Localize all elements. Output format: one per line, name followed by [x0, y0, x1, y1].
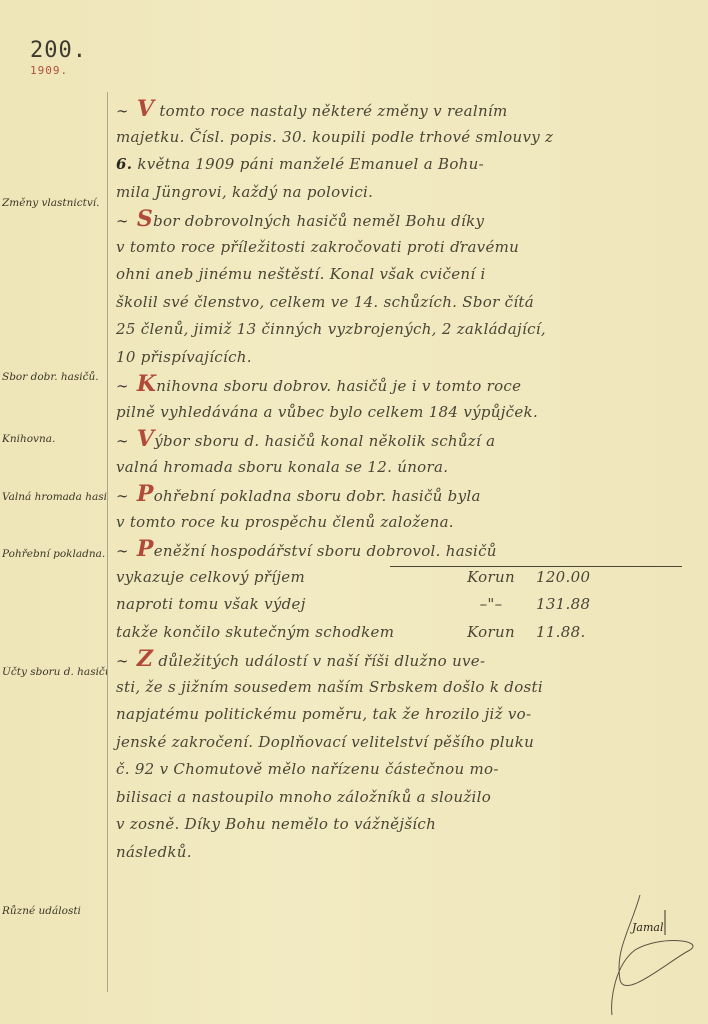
text-line: v tomto roce příležitosti zakročovati pr… — [116, 234, 701, 262]
red-initial: P — [137, 481, 154, 507]
text-line: mila Jüngrovi, každý na polovici. — [116, 179, 701, 207]
text-line: ∼Pohřební pokladna sboru dobr. hasičů by… — [116, 481, 701, 509]
text-line: 25 členů, jimiž 13 činných vyzbrojených,… — [116, 316, 701, 344]
text-line: ∼V tomto roce nastaly některé změny v re… — [116, 96, 701, 124]
accounts-table: vykazuje celkový příjemKorun120.00naprot… — [116, 564, 701, 647]
text-line: valná hromada sboru konala se 12. února. — [116, 454, 701, 482]
red-initial: V — [137, 426, 154, 452]
paragraph-mark-icon: ∼ — [116, 377, 129, 395]
text-line: 10 přispívajících. — [116, 344, 701, 372]
account-row: takže končilo skutečným schodkemKorun11.… — [116, 619, 701, 647]
paragraph-mark-icon: ∼ — [116, 652, 129, 670]
margin-heading: Účty sboru d. hasičů. — [2, 666, 107, 680]
red-initial: S — [137, 206, 153, 232]
text-line: ∼Z důležitých událostí v naší říši dlužn… — [116, 646, 701, 674]
margin-rule — [107, 92, 108, 992]
text-line: jenské zakročení. Doplňovací velitelství… — [116, 729, 701, 757]
text-line: ∼Peněžní hospodářství sboru dobrovol. ha… — [116, 536, 701, 564]
margin-heading: Sbor dobr. hasičů. — [2, 371, 107, 385]
margin-heading: Změny vlastnictví. — [2, 197, 107, 211]
text-line: následků. — [116, 839, 701, 867]
paragraph-mark-icon: ∼ — [116, 102, 129, 120]
signature-flourish-icon — [610, 890, 700, 1020]
text-line: ∼Výbor sboru d. hasičů konal několik sch… — [116, 426, 701, 454]
paragraph-mark-icon: ∼ — [116, 432, 129, 450]
text-line: 6. května 1909 páni manželé Emanuel a Bo… — [116, 151, 701, 179]
text-line: v tomto roce ku prospěchu členů založena… — [116, 509, 701, 537]
red-initial: K — [137, 371, 156, 397]
page-year: 1909. — [30, 64, 68, 77]
text-line: pilně vyhledávána a vůbec bylo celkem 18… — [116, 399, 701, 427]
red-initial: V — [137, 96, 154, 122]
text-line: č. 92 v Chomutově mělo nařízenu částečno… — [116, 756, 701, 784]
text-line: napjatému politickému poměru, tak že hro… — [116, 701, 701, 729]
paragraph-mark-icon: ∼ — [116, 542, 129, 560]
margin-heading: Různé události — [2, 905, 107, 919]
margin-heading: Knihovna. — [2, 433, 107, 447]
paragraph-mark-icon: ∼ — [116, 212, 129, 230]
paragraph-mark-icon: ∼ — [116, 487, 129, 505]
text-line: školil své členstvo, celkem ve 14. schůz… — [116, 289, 701, 317]
document-body: ∼V tomto roce nastaly některé změny v re… — [116, 96, 701, 866]
text-line: ohni aneb jinému neštěstí. Konal však cv… — [116, 261, 701, 289]
text-line: ∼Sbor dobrovolných hasičů neměl Bohu dík… — [116, 206, 701, 234]
sum-rule — [390, 566, 682, 567]
account-row: naproti tomu však výdej–"–131.88 — [116, 591, 701, 619]
signature: Jamal — [632, 921, 663, 934]
paragraphs-part-1: ∼V tomto roce nastaly některé změny v re… — [116, 96, 701, 564]
text-line: ∼Knihovna sboru dobrov. hasičů je i v to… — [116, 371, 701, 399]
text-line: v zosně. Díky Bohu nemělo to vážnějších — [116, 811, 701, 839]
margin-heading: Pohřební pokladna. — [2, 548, 107, 562]
margin-heading: Valná hromada hasičů. — [2, 491, 107, 505]
red-initial: Z — [137, 646, 153, 672]
page-number: 200. — [30, 38, 87, 63]
text-line: sti, že s jižním sousedem naším Srbskem … — [116, 674, 701, 702]
account-row: vykazuje celkový příjemKorun120.00 — [116, 564, 701, 592]
red-initial: P — [137, 536, 154, 562]
text-line: majetku. Čísl. popis. 30. koupili podle … — [116, 124, 701, 152]
paragraphs-part-2: ∼Z důležitých událostí v naší říši dlužn… — [116, 646, 701, 866]
text-line: bilisaci a nastoupilo mnoho záložníků a … — [116, 784, 701, 812]
